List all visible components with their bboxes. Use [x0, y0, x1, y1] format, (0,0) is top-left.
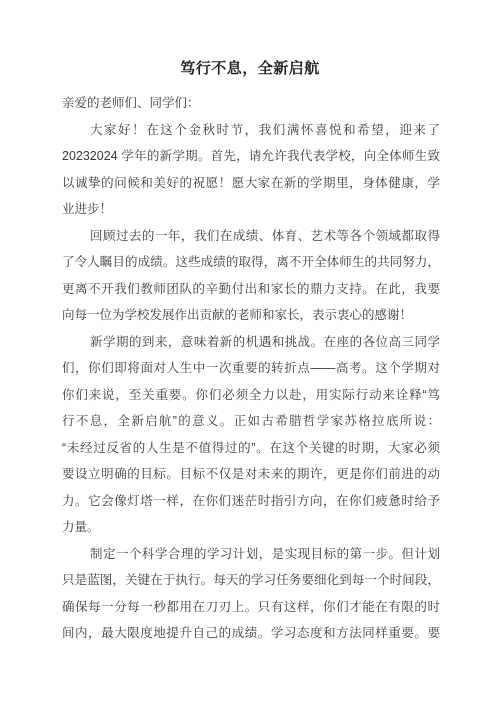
text-line: 回顾过去的一年，我们在成绩、体育、艺术等各个领域都取得	[62, 223, 440, 250]
document-body: 亲爱的老师们、同学们： 大家好！在这个金秋时节，我们满怀喜悦和希望，迎来了 20…	[62, 90, 440, 647]
text-line: 新学期的到来，意味着新的机遇和挑战。在座的各位高三同学	[62, 329, 440, 356]
text-line: 你们来说，至关重要。你们必须全力以赴，用实际行动来诠释“笃	[62, 382, 440, 409]
text-line: 行不息，全新启航”的意义。正如古希腊哲学家苏格拉底所说：	[62, 408, 440, 435]
document-page: 笃行不息，全新启航 亲爱的老师们、同学们： 大家好！在这个金秋时节，我们满怀喜悦…	[0, 0, 500, 707]
text-line: 要设立明确的目标。目标不仅是对未来的期许，更是你们前进的动	[62, 461, 440, 488]
text-line: 更离不开我们教师团队的辛勤付出和家长的鼎力支持。在此，我要	[62, 276, 440, 303]
text-line: 业进步！	[62, 196, 440, 223]
text-line: 力。它会像灯塔一样，在你们迷茫时指引方向，在你们疲惫时给予	[62, 488, 440, 515]
text-line: 制定一个科学合理的学习计划，是实现目标的第一步。但计划	[62, 541, 440, 568]
text-line: 只是蓝图，关键在于执行。每天的学习任务要细化到每一个时间段，	[62, 567, 440, 594]
text-line: 以诚挚的问候和美好的祝愿！愿大家在新的学期里，身体健康，学	[62, 170, 440, 197]
text-line: 间内，最大限度地提升自己的成绩。学习态度和方法同样重要。要	[62, 620, 440, 647]
text-line: 们，你们即将面对人生中一次重要的转折点——高考。这个学期对	[62, 355, 440, 382]
text-line: 力量。	[62, 514, 440, 541]
text-line: 向每一位为学校发展作出贡献的老师和家长，表示衷心的感谢！	[62, 302, 440, 329]
text-line: 确保每一分每一秒都用在刀刃上。只有这样，你们才能在有限的时	[62, 594, 440, 621]
text-line-salutation: 亲爱的老师们、同学们：	[62, 90, 440, 117]
document-title: 笃行不息，全新启航	[0, 58, 500, 80]
text-line: 20232024 学年的新学期。首先，请允许我代表学校，向全体师生致	[62, 143, 440, 170]
text-line: 了令人瞩目的成绩。这些成绩的取得，离不开全体师生的共同努力，	[62, 249, 440, 276]
text-line: “未经过反省的人生是不值得过的”。在这个关键的时期，大家必须	[62, 435, 440, 462]
text-line: 大家好！在这个金秋时节，我们满怀喜悦和希望，迎来了	[62, 117, 440, 144]
